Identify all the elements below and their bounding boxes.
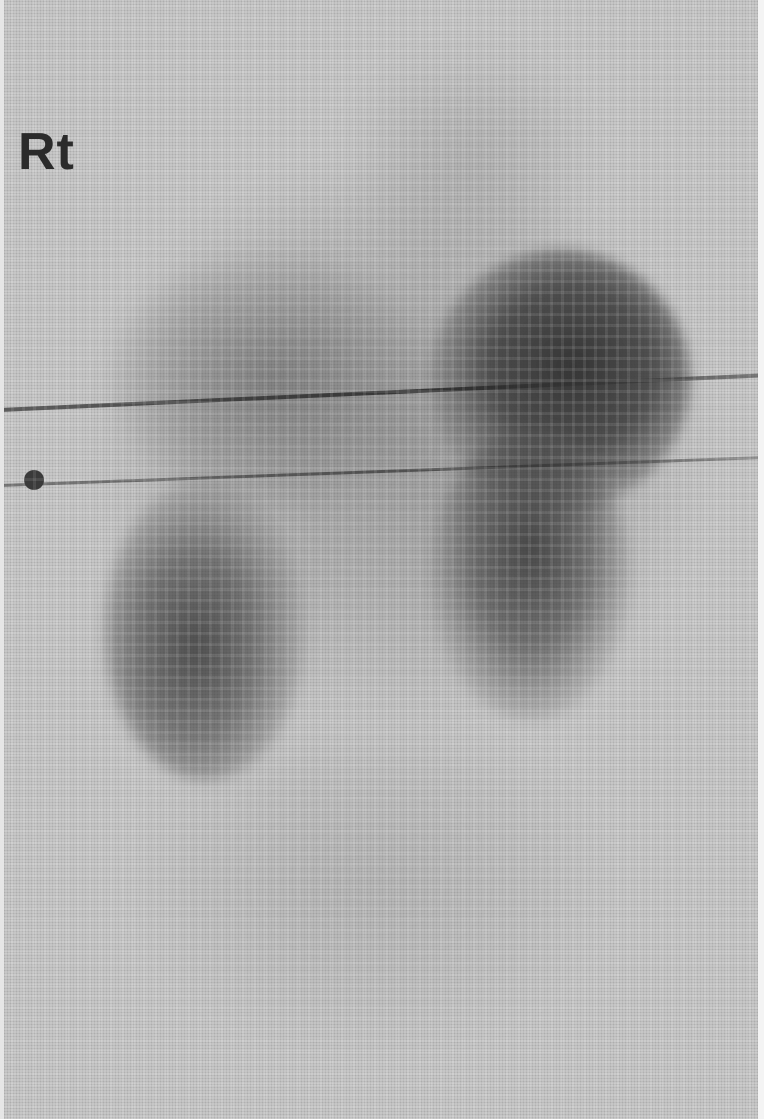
scintigraphy-image: Rt [0,0,764,1119]
image-edge-right [758,0,764,1119]
uptake-region-right-lower [430,430,630,720]
image-edge-left [0,0,4,1119]
uptake-region-left [105,480,305,780]
orientation-label: Rt [18,122,75,182]
diffuse-activity-top [340,40,600,280]
marker-dot [24,470,44,490]
